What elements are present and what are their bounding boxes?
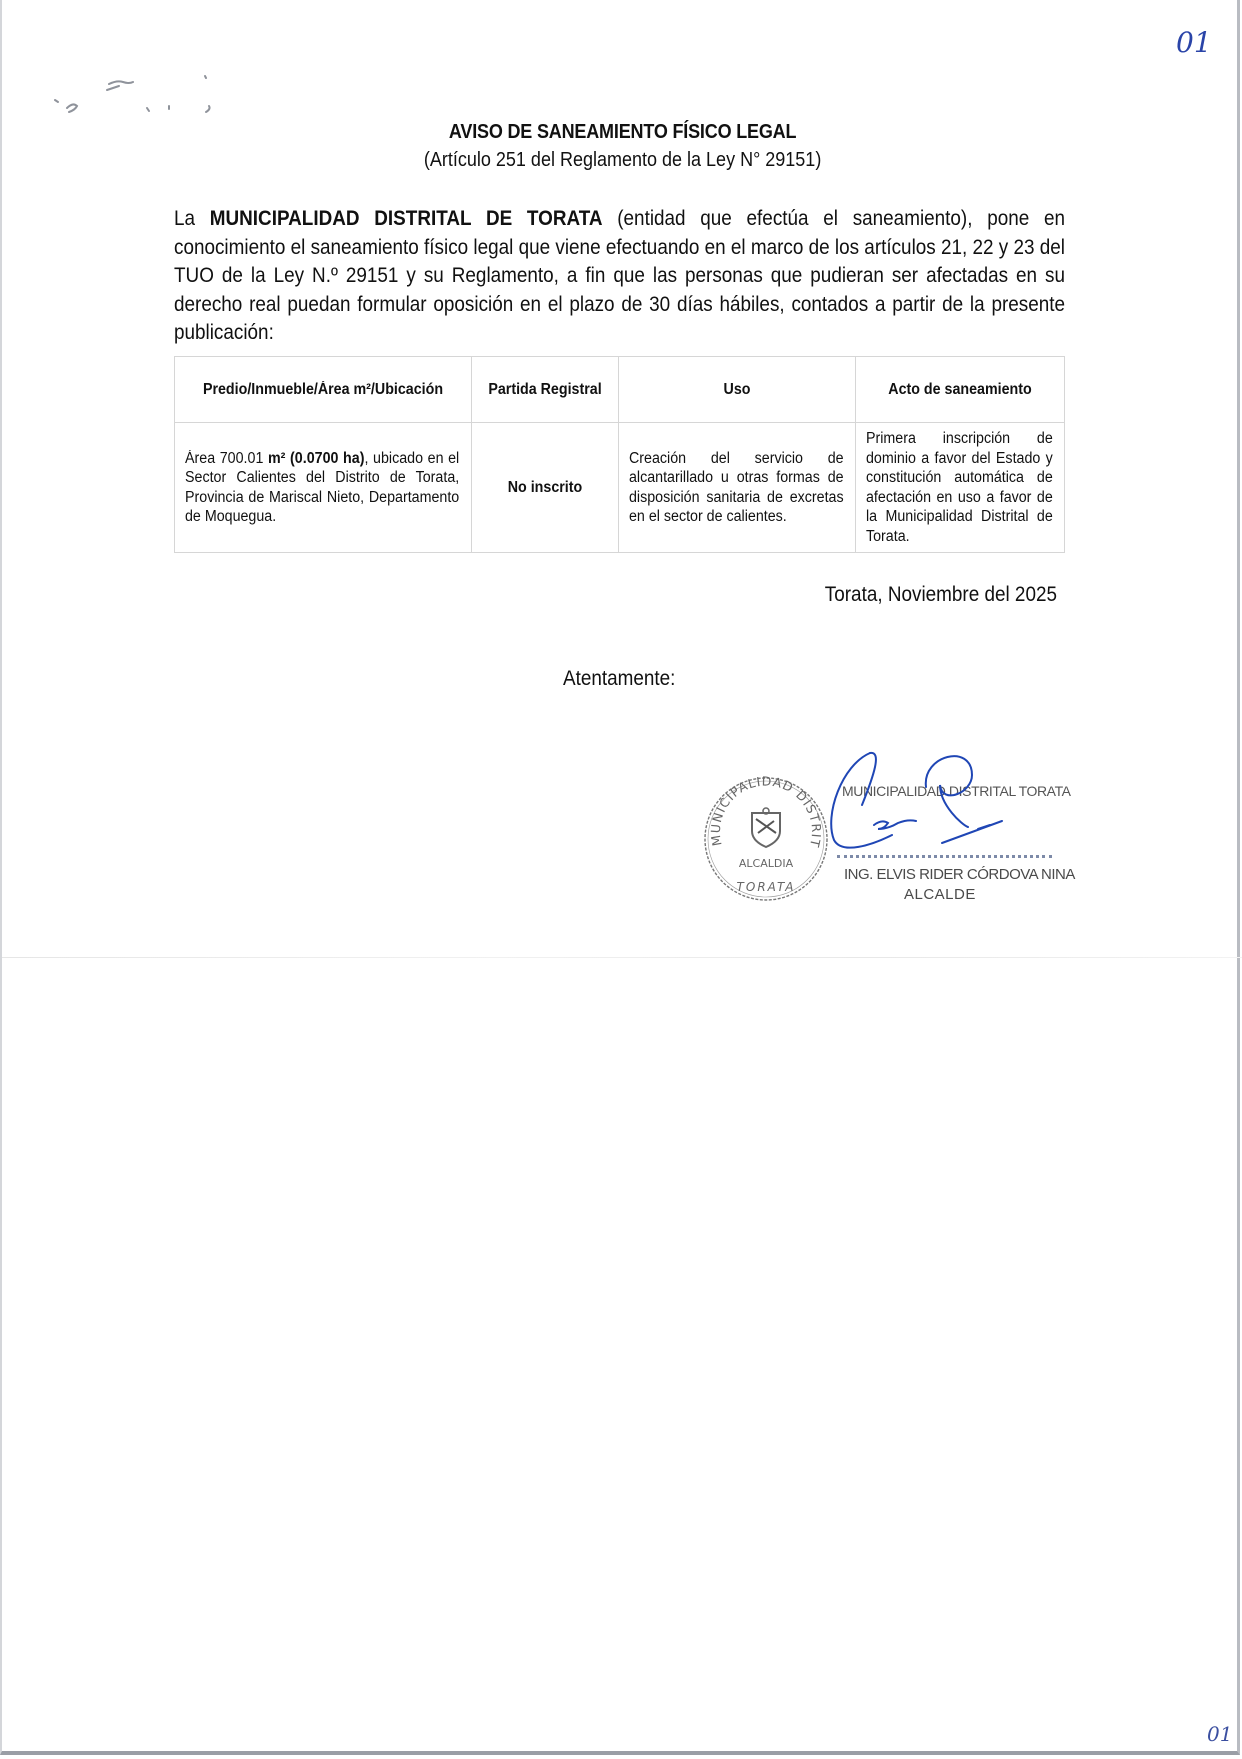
table-header-row: Predio/Inmueble/Área m²/Ubicación Partid… [175, 357, 1065, 423]
date-line: Torata, Noviembre del 2025 [825, 583, 1057, 607]
intro-paragraph: La MUNICIPALIDAD DISTRITAL DE TORATA (en… [174, 205, 1065, 348]
page-number-mark-bottom: 01 [1207, 1722, 1232, 1746]
signatory-role: ALCALDE [904, 886, 976, 903]
header-acto: Acto de saneamiento [856, 357, 1065, 423]
seal-center-text: ALCALDIA [739, 857, 794, 870]
faint-handwriting-mark [47, 60, 227, 130]
signature-line [837, 855, 1052, 858]
page-number-mark-top: 01 [1176, 26, 1212, 59]
cell-partida: No inscrito [472, 423, 619, 553]
cell-uso: Creación del servicio de alcantarillado … [619, 423, 856, 553]
handwritten-signature [822, 745, 1062, 865]
intro-lead: La [174, 207, 210, 230]
closing-line: Atentamente: [563, 667, 675, 691]
cell-predio: Área 700.01 m² (0.0700 ha), ubicado en e… [175, 423, 472, 553]
sanitation-table: Predio/Inmueble/Área m²/Ubicación Partid… [174, 356, 1065, 553]
signatory-name: ING. ELVIS RIDER CÓRDOVA NINA [844, 866, 1075, 883]
header-partida: Partida Registral [472, 357, 619, 423]
cell-acto: Primera inscripción de dominio a favor d… [856, 423, 1065, 553]
seal-bottom-text: TORATA [737, 880, 796, 894]
document-subtitle: (Artículo 251 del Reglamento de la Ley N… [64, 149, 1182, 172]
scanned-page: 01 01 AVISO DE SANEAMIENTO FÍSICO LEGAL … [0, 0, 1240, 1755]
entity-name: MUNICIPALIDAD DISTRITAL DE TORATA [210, 207, 603, 230]
document-title: AVISO DE SANEAMIENTO FÍSICO LEGAL [64, 121, 1182, 144]
municipal-seal-stamp: MUNICIPALIDAD DISTRITAL DE ALCALDIA TORA… [702, 775, 830, 903]
header-predio: Predio/Inmueble/Área m²/Ubicación [175, 357, 472, 423]
scan-fold-line [2, 957, 1242, 958]
table-row: Área 700.01 m² (0.0700 ha), ubicado en e… [175, 423, 1065, 553]
coat-of-arms-icon [752, 808, 780, 847]
header-uso: Uso [619, 357, 856, 423]
